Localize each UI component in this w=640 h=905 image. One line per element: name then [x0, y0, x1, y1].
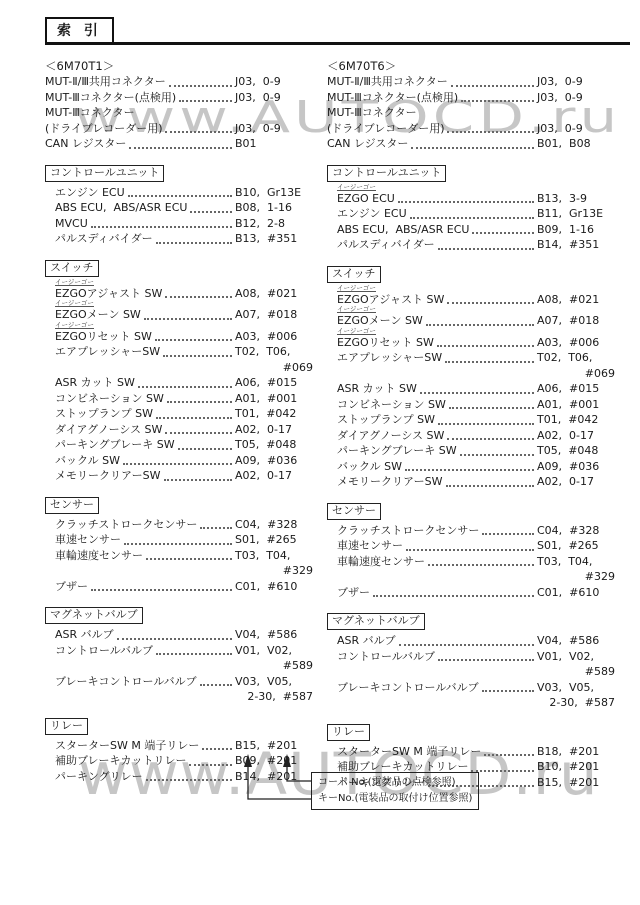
index-section: コントロールユニットエンジン ECUB10, Gr13EABS ECU, ABS… — [45, 161, 313, 247]
entry-label: パーキングリレー — [55, 769, 143, 785]
index-entry: コンビネーション SWA01, #001 — [45, 391, 313, 407]
entry-codes: A08, #021 — [537, 292, 615, 308]
index-column-1: ＜6M70T1＞MUT-Ⅱ/Ⅲ共用コネクターJ03, 0-9MUT-Ⅲコネクター… — [45, 58, 313, 790]
dotted-leader — [164, 479, 232, 481]
dotted-leader — [202, 748, 232, 750]
furigana: イージーゴー — [337, 328, 376, 335]
dotted-leader — [156, 242, 232, 244]
entry-codes: A09, #036 — [235, 453, 313, 469]
entry-label: CAN レジスター — [45, 136, 126, 152]
entry-label: ASR バルブ — [337, 633, 396, 649]
index-entry: ASR バルブV04, #586 — [45, 627, 313, 643]
index-page: www.AUTOCD.ru www.AUTOCD.ru 索 引 ＜6M70T1＞… — [0, 0, 640, 905]
entry-label: CAN レジスター — [327, 136, 408, 152]
entry-label: ダイアグノーシス SW — [337, 428, 444, 444]
entry-codes: A02, 0-17 — [235, 468, 313, 484]
index-section: マグネットバルブASR バルブV04, #586コントロールバルブV01, V0… — [327, 609, 615, 711]
index-entry: スターターSW M 端子リレーB15, #201 — [45, 738, 313, 754]
index-entry: 車輪速度センサーT03, T04, — [45, 548, 313, 564]
entry-codes: A02, 0-17 — [537, 428, 615, 444]
entry-label: クラッチストロークセンサー — [337, 523, 479, 539]
index-entry: MVCUB12, 2-8 — [45, 216, 313, 232]
dotted-leader — [129, 147, 232, 149]
entry-codes: A03, #006 — [537, 335, 615, 351]
index-entry-continuation: 2-30, #587 — [45, 689, 313, 705]
entry-label: (ドライブレコーダー用) — [45, 121, 162, 137]
entry-label: メモリークリアーSW — [337, 474, 443, 490]
entry-codes: V04, #586 — [235, 627, 313, 643]
dotted-leader — [438, 423, 534, 425]
entry-codes: A06, #015 — [537, 381, 615, 397]
entry-codes: A02, 0-17 — [537, 474, 615, 490]
entry-codes: T01, #042 — [235, 406, 313, 422]
entry-label: ダイアグノーシス SW — [55, 422, 162, 438]
dotted-leader — [406, 549, 534, 551]
index-entry: エアプレッシャーSWT02, T06, — [327, 350, 615, 366]
dotted-leader — [447, 131, 534, 133]
index-entry: エンジン ECUB10, Gr13E — [45, 185, 313, 201]
entry-codes: A08, #021 — [235, 286, 313, 302]
entry-codes: #589 — [235, 658, 313, 674]
entry-label: (ドライブレコーダー用) — [327, 121, 444, 137]
dotted-leader — [482, 533, 534, 535]
entry-label: コントロールバルブ — [55, 643, 153, 659]
index-entry: ASR カット SWA06, #015 — [45, 375, 313, 391]
index-entry: ASR バルブV04, #586 — [327, 633, 615, 649]
entry-label: パーキングブレーキ SW — [337, 443, 457, 459]
entry-codes: B15, #201 — [235, 738, 313, 754]
index-section: スイッチイージーゴーEZGOアジャスト SWA08, #021イージーゴーEZG… — [327, 262, 615, 490]
index-entry-continuation: #329 — [327, 569, 615, 585]
entry-label: コンビネーション SW — [337, 397, 446, 413]
index-entry: ダイアグノーシス SWA02, 0-17 — [45, 422, 313, 438]
dotted-leader — [163, 355, 232, 357]
index-section: コントロールユニットイージーゴーEZGO ECUB13, 3-9エンジン ECU… — [327, 161, 615, 253]
index-entry: ブレーキコントロールバルブV03, V05, — [45, 674, 313, 690]
entry-codes: #069 — [537, 366, 615, 382]
dotted-leader — [472, 232, 534, 234]
dotted-leader — [447, 302, 534, 304]
entry-label: ブレーキコントロールバルブ — [55, 674, 197, 690]
entry-codes: T05, #048 — [537, 443, 615, 459]
entry-label: バックル SW — [337, 459, 402, 475]
index-entry-continuation: #069 — [45, 360, 313, 376]
entry-label: ABS ECU, ABS/ASR ECU — [337, 222, 469, 238]
entry-codes: T05, #048 — [235, 437, 313, 453]
index-section: センサークラッチストロークセンサーC04, #328車速センサーS01, #26… — [327, 499, 615, 601]
entry-label: ブレーキコントロールバルブ — [337, 680, 479, 696]
dotted-leader — [405, 469, 534, 471]
index-entry: MUT-Ⅲコネクター(点検用)J03, 0-9 — [45, 90, 313, 106]
index-section: センサークラッチストロークセンサーC04, #328車速センサーS01, #26… — [45, 493, 313, 595]
section-title: マグネットバルブ — [45, 607, 143, 624]
entry-codes: J03, 0-9 — [235, 90, 313, 106]
dotted-leader — [165, 296, 232, 298]
columns: ＜6M70T1＞MUT-Ⅱ/Ⅲ共用コネクターJ03, 0-9MUT-Ⅲコネクター… — [45, 58, 617, 790]
dotted-leader — [399, 644, 534, 646]
dotted-leader — [146, 779, 232, 781]
entry-label: 補助ブレーキカットリレー — [55, 753, 186, 769]
dotted-leader — [123, 463, 232, 465]
entry-codes: V01, V02, — [235, 643, 313, 659]
furigana: イージーゴー — [337, 184, 376, 191]
dotted-leader — [428, 564, 534, 566]
index-entry: CAN レジスターB01 — [45, 136, 313, 152]
index-entry: パルスディバイダーB13, #351 — [45, 231, 313, 247]
index-entry-continuation: #589 — [45, 658, 313, 674]
dotted-leader — [124, 543, 232, 545]
section-title: センサー — [45, 497, 99, 514]
furigana: イージーゴー — [337, 306, 376, 313]
index-entry: 車速センサーS01, #265 — [327, 538, 615, 554]
dotted-leader — [420, 392, 534, 394]
entry-label: イージーゴーEZGOリセット SW — [55, 329, 152, 345]
entry-label: スターターSW M 端子リレー — [55, 738, 199, 754]
entry-codes: B13, 3-9 — [537, 191, 615, 207]
entry-codes: B01, B08 — [537, 136, 615, 152]
dotted-leader — [156, 653, 232, 655]
section-title: コントロールユニット — [45, 165, 164, 182]
title-rule — [45, 42, 630, 45]
dotted-leader — [460, 454, 534, 456]
entry-codes: C04, #328 — [235, 517, 313, 533]
index-entry: MUT-Ⅲコネクター — [327, 105, 615, 121]
dotted-leader — [373, 595, 534, 597]
index-entry: メモリークリアーSWA02, 0-17 — [45, 468, 313, 484]
entry-codes: V01, V02, — [537, 649, 615, 665]
index-entry: バックル SWA09, #036 — [327, 459, 615, 475]
dotted-leader — [178, 448, 232, 450]
entry-label: ストップランプ SW — [337, 412, 435, 428]
entry-label: エンジン ECU — [55, 185, 125, 201]
entry-codes: A03, #006 — [235, 329, 313, 345]
index-entry: エンジン ECUB11, Gr13E — [327, 206, 615, 222]
dotted-leader — [200, 527, 232, 529]
entry-codes: B08, 1-16 — [235, 200, 313, 216]
entry-label: コンビネーション SW — [55, 391, 164, 407]
section-title: スイッチ — [45, 260, 99, 277]
dotted-leader — [446, 485, 534, 487]
dotted-leader — [482, 690, 534, 692]
index-entry: イージーゴーEZGO ECUB13, 3-9 — [327, 191, 615, 207]
dotted-leader — [411, 147, 534, 149]
entry-label: ASR カット SW — [337, 381, 417, 397]
page-title: 索 引 — [45, 17, 114, 44]
section-title: マグネットバルブ — [327, 613, 425, 630]
index-entry: コントロールバルブV01, V02, — [45, 643, 313, 659]
entry-codes: B09, #201 — [235, 753, 313, 769]
entry-label: 車輪速度センサー — [55, 548, 143, 564]
entry-label: メモリークリアーSW — [55, 468, 161, 484]
index-entry: MUT-Ⅲコネクター(点検用)J03, 0-9 — [327, 90, 615, 106]
index-entry: 車輪速度センサーT03, T04, — [327, 554, 615, 570]
callout-box: コード No.(電装品の点検参照) キーNo.(電装品の取付け位置参照) — [311, 772, 479, 810]
dotted-leader — [410, 217, 534, 219]
entry-codes: #589 — [537, 664, 615, 680]
entry-codes: 2-30, #587 — [235, 689, 313, 705]
index-entry: ブザーC01, #610 — [327, 585, 615, 601]
entry-codes: B14, #351 — [537, 237, 615, 253]
entry-codes: J03, 0-9 — [537, 74, 615, 90]
callout-code-line: コード No.(電装品の点検参照) — [318, 775, 472, 791]
entry-label: ブザー — [337, 585, 370, 601]
dotted-leader — [426, 324, 534, 326]
index-entry: パーキングブレーキ SWT05, #048 — [327, 443, 615, 459]
index-entry: ABS ECU, ABS/ASR ECUB08, 1-16 — [45, 200, 313, 216]
entry-label: MVCU — [55, 216, 88, 232]
index-entry-continuation: #329 — [45, 563, 313, 579]
entry-codes: A09, #036 — [537, 459, 615, 475]
entry-codes: B13, #351 — [235, 231, 313, 247]
entry-codes: B01 — [235, 136, 313, 152]
dotted-leader — [155, 339, 232, 341]
entry-label: MUT-Ⅲコネクター(点検用) — [45, 90, 176, 106]
index-entry: パルスディバイダーB14, #351 — [327, 237, 615, 253]
index-entry: パーキングブレーキ SWT05, #048 — [45, 437, 313, 453]
dotted-leader — [91, 589, 232, 591]
entry-codes: 2-30, #587 — [537, 695, 615, 711]
entry-label: ASR カット SW — [55, 375, 135, 391]
dotted-leader — [190, 211, 232, 213]
index-section: マグネットバルブASR バルブV04, #586コントロールバルブV01, V0… — [45, 603, 313, 705]
index-entry: CAN レジスターB01, B08 — [327, 136, 615, 152]
column-header: ＜6M70T1＞ — [45, 58, 313, 74]
entry-codes: J03, 0-9 — [537, 121, 615, 137]
index-entry: ストップランプ SWT01, #042 — [45, 406, 313, 422]
dotted-leader — [461, 100, 534, 102]
entry-label: ストップランプ SW — [55, 406, 153, 422]
section-title: スイッチ — [327, 266, 381, 283]
entry-codes: A01, #001 — [235, 391, 313, 407]
index-entry: ストップランプ SWT01, #042 — [327, 412, 615, 428]
furigana: イージーゴー — [55, 300, 94, 307]
section-title: リレー — [327, 724, 370, 741]
entry-codes: B09, 1-16 — [537, 222, 615, 238]
index-entry: スターターSW M 端子リレーB18, #201 — [327, 744, 615, 760]
entry-codes: J03, 0-9 — [235, 121, 313, 137]
entry-codes: B18, #201 — [537, 744, 615, 760]
dotted-leader — [471, 770, 534, 772]
index-entry: クラッチストロークセンサーC04, #328 — [327, 523, 615, 539]
entry-label: クラッチストロークセンサー — [55, 517, 197, 533]
section-title: リレー — [45, 718, 88, 735]
dotted-leader — [451, 85, 534, 87]
entry-label: 車速センサー — [337, 538, 403, 554]
entry-label: MUT-Ⅲコネクター — [45, 105, 135, 121]
entry-codes: #329 — [235, 563, 313, 579]
entry-codes: A06, #015 — [235, 375, 313, 391]
dotted-leader — [146, 558, 232, 560]
index-entry: エアプレッシャーSWT02, T06, — [45, 344, 313, 360]
dotted-leader — [200, 684, 232, 686]
index-entry: (ドライブレコーダー用)J03, 0-9 — [45, 121, 313, 137]
dotted-leader — [398, 201, 534, 203]
entry-label: エアプレッシャーSW — [337, 350, 442, 366]
furigana: イージーゴー — [55, 322, 94, 329]
entry-codes: B14, #201 — [235, 769, 313, 785]
entry-codes: T02, T06, — [537, 350, 615, 366]
entry-label: イージーゴーEZGO ECU — [337, 191, 395, 207]
dotted-leader — [169, 85, 232, 87]
index-entry-continuation: #069 — [327, 366, 615, 382]
column-header: ＜6M70T6＞ — [327, 58, 615, 74]
entry-codes: T01, #042 — [537, 412, 615, 428]
entry-label: スターターSW M 端子リレー — [337, 744, 481, 760]
dotted-leader — [156, 417, 232, 419]
entry-label: 車輪速度センサー — [337, 554, 425, 570]
index-entry: イージーゴーEZGOリセット SWA03, #006 — [45, 329, 313, 345]
entry-label: バックル SW — [55, 453, 120, 469]
entry-codes: T02, T06, — [235, 344, 313, 360]
index-section: リレースターターSW M 端子リレーB15, #201補助ブレーキカットリレーB… — [45, 714, 313, 785]
furigana: イージーゴー — [337, 285, 376, 292]
index-entry: メモリークリアーSWA02, 0-17 — [327, 474, 615, 490]
entry-label: パーキングブレーキ SW — [55, 437, 175, 453]
entry-codes: V03, V05, — [537, 680, 615, 696]
entry-label: ABS ECU, ABS/ASR ECU — [55, 200, 187, 216]
entry-codes: A07, #018 — [235, 307, 313, 323]
entry-codes: B10, Gr13E — [235, 185, 313, 201]
dotted-leader — [91, 226, 232, 228]
index-entry-continuation: 2-30, #587 — [327, 695, 615, 711]
entry-codes: A07, #018 — [537, 313, 615, 329]
index-entry: MUT-Ⅱ/Ⅲ共用コネクターJ03, 0-9 — [327, 74, 615, 90]
entry-label: MUT-Ⅱ/Ⅲ共用コネクター — [45, 74, 166, 90]
furigana: イージーゴー — [55, 279, 94, 286]
index-entry: コンビネーション SWA01, #001 — [327, 397, 615, 413]
entry-codes: C01, #610 — [235, 579, 313, 595]
entry-codes: A02, 0-17 — [235, 422, 313, 438]
index-entry: 補助ブレーキカットリレーB09, #201 — [45, 753, 313, 769]
entry-label: MUT-Ⅱ/Ⅲ共用コネクター — [327, 74, 448, 90]
entry-label: エアプレッシャーSW — [55, 344, 160, 360]
dotted-leader — [165, 432, 232, 434]
entry-label: エンジン ECU — [337, 206, 407, 222]
index-entry: イージーゴーEZGOリセット SWA03, #006 — [327, 335, 615, 351]
dotted-leader — [128, 195, 232, 197]
index-entry: MUT-Ⅱ/Ⅲ共用コネクターJ03, 0-9 — [45, 74, 313, 90]
index-entry: ブレーキコントロールバルブV03, V05, — [327, 680, 615, 696]
index-entry: クラッチストロークセンサーC04, #328 — [45, 517, 313, 533]
index-entry: ブザーC01, #610 — [45, 579, 313, 595]
dotted-leader — [449, 407, 534, 409]
dotted-leader — [138, 386, 232, 388]
entry-codes: T03, T04, — [235, 548, 313, 564]
dotted-leader — [165, 131, 232, 133]
entry-codes: J03, 0-9 — [235, 74, 313, 90]
entry-label: ブザー — [55, 579, 88, 595]
entry-label: パルスディバイダー — [337, 237, 435, 253]
entry-label: MUT-Ⅲコネクター(点検用) — [327, 90, 458, 106]
dotted-leader — [437, 345, 534, 347]
entry-codes: S01, #265 — [537, 538, 615, 554]
section-title: センサー — [327, 503, 381, 520]
dotted-leader — [167, 401, 232, 403]
entry-label: MUT-Ⅲコネクター — [327, 105, 417, 121]
index-entry: ダイアグノーシス SWA02, 0-17 — [327, 428, 615, 444]
entry-codes: #069 — [235, 360, 313, 376]
dotted-leader — [179, 100, 232, 102]
dotted-leader — [484, 754, 534, 756]
entry-codes: S01, #265 — [235, 532, 313, 548]
index-entry: MUT-Ⅲコネクター — [45, 105, 313, 121]
index-entry: バックル SWA09, #036 — [45, 453, 313, 469]
index-entry: パーキングリレーB14, #201 — [45, 769, 313, 785]
entry-codes: V03, V05, — [235, 674, 313, 690]
index-entry: ASR カット SWA06, #015 — [327, 381, 615, 397]
entry-codes: B11, Gr13E — [537, 206, 615, 222]
entry-codes: C01, #610 — [537, 585, 615, 601]
dotted-leader — [189, 764, 232, 766]
entry-codes: B12, 2-8 — [235, 216, 313, 232]
entry-codes: #329 — [537, 569, 615, 585]
entry-codes: B15, #201 — [537, 775, 615, 791]
entry-label: パルスディバイダー — [55, 231, 153, 247]
index-entry: (ドライブレコーダー用)J03, 0-9 — [327, 121, 615, 137]
entry-label: コントロールバルブ — [337, 649, 435, 665]
entry-codes: B10, #201 — [537, 759, 615, 775]
dotted-leader — [117, 638, 232, 640]
index-column-2: ＜6M70T6＞MUT-Ⅱ/Ⅲ共用コネクターJ03, 0-9MUT-Ⅲコネクター… — [327, 58, 615, 790]
entry-codes: C04, #328 — [537, 523, 615, 539]
dotted-leader — [445, 361, 534, 363]
index-section: スイッチイージーゴーEZGOアジャスト SWA08, #021イージーゴーEZG… — [45, 256, 313, 484]
index-entry: ABS ECU, ABS/ASR ECUB09, 1-16 — [327, 222, 615, 238]
entry-codes: A01, #001 — [537, 397, 615, 413]
entry-label: 車速センサー — [55, 532, 121, 548]
entry-label: イージーゴーEZGOリセット SW — [337, 335, 434, 351]
entry-label: ASR バルブ — [55, 627, 114, 643]
index-entry: 車速センサーS01, #265 — [45, 532, 313, 548]
index-entry: コントロールバルブV01, V02, — [327, 649, 615, 665]
dotted-leader — [144, 318, 232, 320]
entry-codes: V04, #586 — [537, 633, 615, 649]
index-entry-continuation: #589 — [327, 664, 615, 680]
callout-key-line: キーNo.(電装品の取付け位置参照) — [318, 791, 472, 807]
entry-codes: J03, 0-9 — [537, 90, 615, 106]
dotted-leader — [438, 248, 534, 250]
dotted-leader — [438, 659, 534, 661]
section-title: コントロールユニット — [327, 165, 446, 182]
entry-codes: T03, T04, — [537, 554, 615, 570]
dotted-leader — [447, 438, 534, 440]
